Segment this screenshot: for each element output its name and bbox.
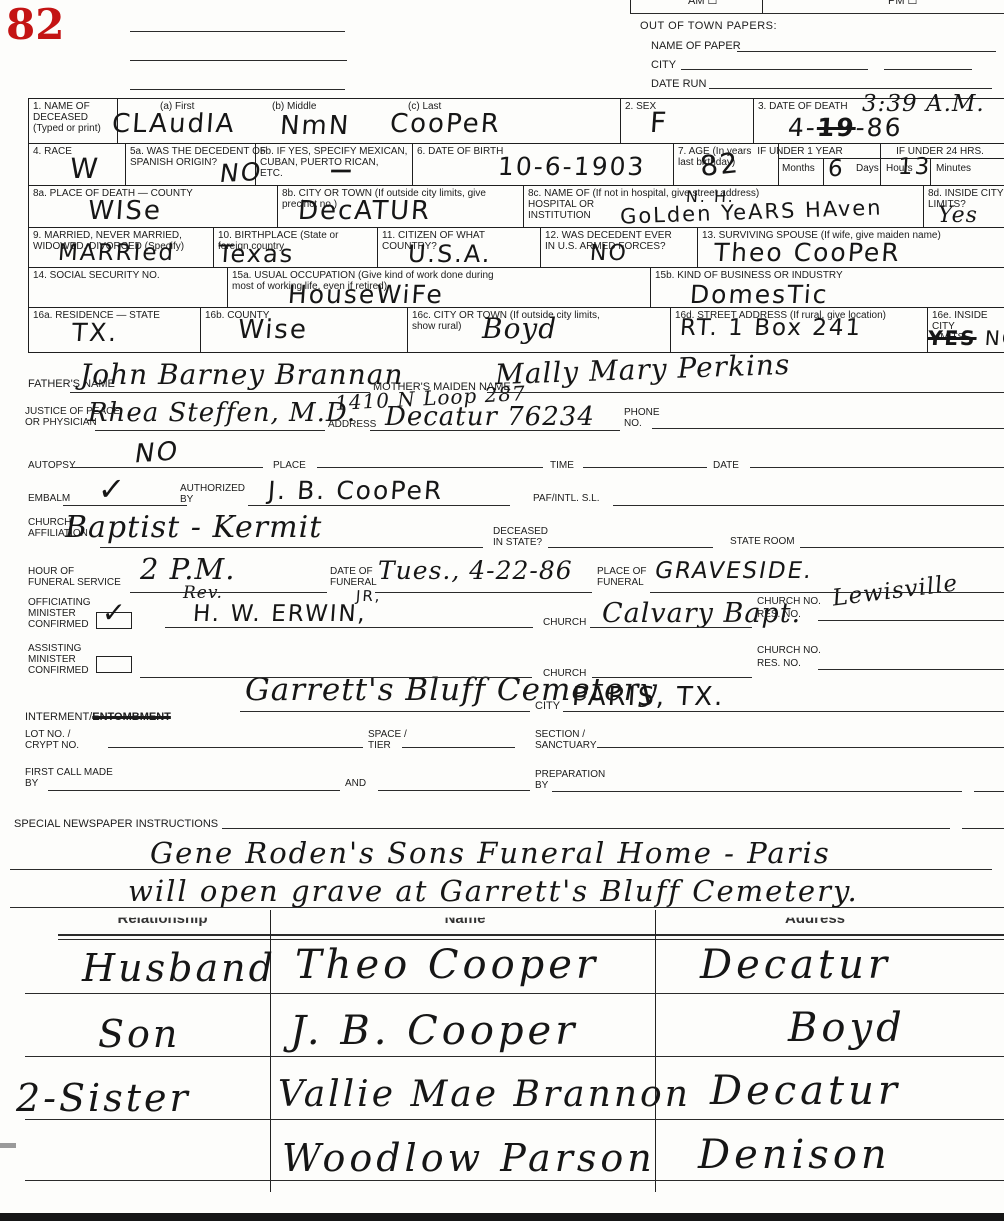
rule-line: [70, 467, 263, 468]
date-of-death-year: -86: [855, 113, 904, 142]
autopsy-value: NO: [133, 437, 182, 470]
relative-relationship-value: Son: [98, 1012, 180, 1056]
embalm-checkmark: ✓: [97, 470, 128, 508]
interment-label: INTERMENT/ENTOMBMENT: [25, 699, 171, 723]
scan-left-mark: [0, 1143, 16, 1148]
date-of-death-label: 3. DATE OF DEATH: [758, 101, 848, 112]
rule-line: [25, 1119, 1004, 1120]
newspaper-instruction-line2: will open grave at Garrett's Bluff Cemet…: [128, 874, 859, 908]
name-of-paper-label: NAME OF PAPER: [651, 40, 741, 52]
sex-value: F: [649, 106, 669, 139]
relative-address-value: Decatur: [700, 942, 891, 988]
table-header-address: Address: [690, 910, 940, 927]
rule-line: [818, 620, 1004, 621]
officiating-res-no-label: RES. NO.: [757, 609, 801, 620]
time-of-death-value: 3:39 A.M.: [862, 91, 985, 117]
place-of-funeral-value: GRAVESIDE.: [653, 558, 816, 584]
street-address-value: RT. 1 Box 241: [679, 315, 863, 341]
rule-line: [10, 907, 1004, 908]
special-newspaper-instructions-label: SPECIAL NEWSPAPER INSTRUCTIONS: [14, 818, 218, 830]
rule-line: [130, 89, 345, 90]
relative-name-value: J. B. Cooper: [290, 1008, 578, 1054]
inside-city-limits-death-value: Yes: [938, 203, 978, 228]
table-header-rule: [58, 934, 1004, 940]
middle-name-value: NmN: [279, 111, 351, 141]
hour-of-funeral-label: HOUR OF FUNERAL SERVICE: [28, 566, 121, 588]
rule-line: [402, 747, 515, 748]
rule-line: [375, 592, 592, 593]
scanned-funeral-record: 82 AM ☐ PM ☐ OUT OF TOWN PAPERS: NAME OF…: [0, 0, 1004, 1221]
race-value: W: [69, 152, 101, 185]
city-limits-struck-yes: YES: [927, 326, 977, 350]
rule-line: [800, 547, 1004, 548]
months-label: Months: [782, 163, 815, 174]
entombment-struck: ENTOMBMENT: [92, 711, 171, 723]
fathers-name-value: John Barney Brannan: [80, 358, 403, 391]
rule-line: [818, 669, 1004, 670]
rule-line: [884, 69, 972, 70]
and-label: AND: [345, 778, 366, 789]
authorized-by-value: J. B. CooPeR: [267, 476, 444, 505]
rule-line: [563, 711, 1004, 712]
residence-county-value: Wise: [237, 315, 309, 345]
assisting-minister-label: ASSISTING MINISTER CONFIRMED: [28, 643, 89, 676]
rule-line: [25, 1056, 1004, 1057]
scan-edge-band: [0, 1213, 1004, 1221]
rule-line: [130, 592, 327, 593]
rule-line: [613, 505, 1004, 506]
out-of-town-papers-label: OUT OF TOWN PAPERS:: [640, 20, 777, 32]
place-of-funeral-label: PLACE OF FUNERAL: [597, 566, 646, 588]
ssn-label: 14. SOCIAL SECURITY NO.: [33, 270, 160, 281]
rule-line: [597, 747, 1004, 748]
ampm-box-left-border: [630, 0, 631, 14]
occupation-value: HouseWiFe: [287, 280, 445, 309]
rule-line: [590, 627, 752, 628]
marital-status-value: MARRIed: [57, 240, 176, 266]
rule-line: [248, 505, 510, 506]
rule-line: [130, 31, 345, 32]
rule-line: [378, 790, 530, 791]
minutes-label: Minutes: [936, 163, 971, 174]
rule-line: [140, 677, 532, 678]
justice-of-peace-value: Rhea Steffen, M.D.: [88, 398, 356, 428]
assisting-church-no-label: CHURCH NO.: [757, 645, 821, 656]
first-call-made-by-label: FIRST CALL MADE BY: [25, 767, 113, 789]
rule-line: [650, 592, 1004, 593]
officiating-minister-label: OFFICIATING MINISTER CONFIRMED: [28, 597, 91, 630]
spanish-specify-value: —: [329, 158, 355, 183]
hour-of-funeral-value: 2 P.M.: [140, 552, 235, 586]
date-of-birth-value: 10-6-1903: [497, 152, 646, 181]
rule-line: [548, 547, 713, 548]
date-of-death-month: 4-: [787, 113, 818, 142]
city-limits-no: NO: [984, 326, 1004, 350]
mothers-maiden-name-value: Mally Mary Perkins: [495, 348, 791, 391]
rule-line: [222, 828, 950, 829]
authorized-by-label: AUTHORIZED BY: [180, 483, 245, 505]
relative-relationship-value: Husband: [82, 946, 276, 990]
rule-line: [10, 869, 992, 870]
rule-line: [737, 51, 996, 52]
birthplace-value: Texas: [217, 240, 295, 268]
first-name-value: CLAudIA: [111, 109, 237, 139]
last-name-value: CooPeR: [389, 109, 502, 139]
residence-city-value: Boyd: [482, 312, 557, 345]
relative-address-value: Decatur: [710, 1068, 901, 1114]
race-label: 4. RACE: [33, 146, 72, 157]
interment-city-label: CITY: [535, 700, 560, 712]
date-of-funeral-label: DATE OF FUNERAL: [330, 566, 377, 588]
relative-address-value: Denison: [698, 1132, 891, 1178]
address-label: ADDRESS: [328, 419, 376, 430]
autopsy-time-label: TIME: [550, 460, 574, 471]
rule-line: [63, 505, 187, 506]
rule-line: [130, 60, 347, 61]
assisting-res-no-label: RES. NO.: [757, 658, 801, 669]
rule-line: [750, 467, 1004, 468]
officiating-church-label: CHURCH: [543, 617, 586, 628]
officiating-jr-above: JR,: [355, 587, 382, 605]
church-affiliation-value: Baptist - Kermit: [65, 510, 322, 545]
armed-forces-value: NO: [589, 241, 629, 266]
pm-checkbox-label: PM ☐: [888, 0, 917, 7]
rule-line: [108, 747, 363, 748]
autopsy-date-label: DATE: [713, 460, 739, 471]
interment-word: INTERMENT/: [25, 711, 92, 723]
days-label: Days: [856, 163, 879, 174]
hours-label: Hours: [886, 163, 913, 174]
space-tier-label: SPACE / TIER: [368, 729, 407, 751]
months-value: 6: [827, 156, 845, 182]
rule-line: [487, 392, 1004, 393]
rule-line: [240, 711, 530, 712]
rule-line: [70, 392, 370, 393]
date-of-funeral-value: Tues., 4-22-86: [378, 556, 573, 585]
officiating-church-no-label: CHURCH NO.: [757, 596, 821, 607]
deceased-in-state-label: DECEASED IN STATE?: [493, 526, 548, 548]
section-sanctuary-label: SECTION / SANCTUARY: [535, 729, 597, 751]
relative-name-value: Woodlow Parson: [282, 1136, 656, 1180]
address-value: Decatur 76234: [385, 402, 595, 432]
rule-line: [370, 430, 620, 431]
rule-line: [25, 993, 1004, 994]
rule-line: [681, 69, 868, 70]
rule-line: [709, 88, 992, 89]
relative-relationship-value: 2-Sister: [16, 1076, 191, 1120]
rule-line: [100, 547, 483, 548]
rule-line: [25, 1180, 1004, 1181]
am-checkbox-label: AM ☐: [688, 0, 717, 7]
rule-line: [592, 677, 752, 678]
relative-name-value: Theo Cooper: [295, 942, 599, 988]
date-run-label: DATE RUN: [651, 78, 706, 90]
under-24-hrs-label: IF UNDER 24 HRS.: [880, 146, 1000, 157]
rule-line: [652, 428, 1004, 429]
place-of-death-county-value: WISe: [87, 196, 163, 226]
ampm-box-bottom: [630, 13, 1004, 14]
officiating-rev-above: Rev.: [183, 583, 223, 603]
state-room-label: STATE ROOM: [730, 536, 795, 547]
residence-state-value: TX.: [71, 318, 119, 347]
rule-line: [95, 430, 325, 431]
phone-no-label: PHONE NO.: [624, 407, 660, 429]
interment-city-value: PARIS, TX.: [571, 682, 726, 712]
embalm-label: EMBALM: [28, 493, 70, 504]
rule-line: [48, 790, 340, 791]
page-number: 82: [6, 0, 64, 49]
date-of-birth-label: 6. DATE OF BIRTH: [417, 146, 503, 157]
table-header-name: Name: [340, 910, 590, 927]
rule-line: [552, 791, 962, 792]
officiating-church-city-value: Lewisville: [831, 570, 960, 611]
city-label: CITY: [651, 59, 676, 71]
field1-label: 1. NAME OF DECEASED (Typed or print): [33, 101, 101, 134]
residence-city-limits-value: YES NO: [927, 326, 1004, 350]
officiating-minister-value: H. W. ERWIN,: [192, 601, 368, 627]
age-value: 82: [698, 146, 741, 183]
spanish-origin-value: NO: [218, 157, 264, 188]
relative-address-value: Boyd: [788, 1005, 906, 1051]
date-of-death-value: 4-19-86: [787, 113, 904, 142]
preparation-by-label: PREPARATION BY: [535, 769, 605, 791]
place-of-death-city-value: DecATUR: [297, 196, 432, 226]
table-header-relationship: Relationship: [55, 910, 270, 927]
newspaper-instruction-line1: Gene Roden's Sons Funeral Home - Paris: [150, 836, 831, 870]
rule-line: [317, 467, 543, 468]
industry-value: DomesTic: [689, 280, 830, 309]
ampm-box-divider: [762, 0, 763, 14]
lot-crypt-label: LOT NO. / CRYPT NO.: [25, 729, 79, 751]
officiating-checkmark: ✓: [101, 596, 129, 629]
autopsy-label: AUTOPSY: [28, 460, 76, 471]
assisting-confirmed-checkbox: [96, 656, 132, 673]
autopsy-place-label: PLACE: [273, 460, 306, 471]
rule-line: [165, 627, 533, 628]
date-of-death-struck-day: 19: [816, 113, 857, 142]
citizen-value: U.S.A.: [407, 240, 493, 268]
rule-line: [583, 467, 707, 468]
rule-line: [974, 791, 1004, 792]
rule-line: [962, 828, 1004, 829]
surviving-spouse-value: Theo CooPeR: [713, 238, 902, 267]
paf-intl-label: PAF/INTL. S.L.: [533, 493, 600, 504]
relative-name-value: Vallie Mae Brannon: [278, 1074, 691, 1115]
